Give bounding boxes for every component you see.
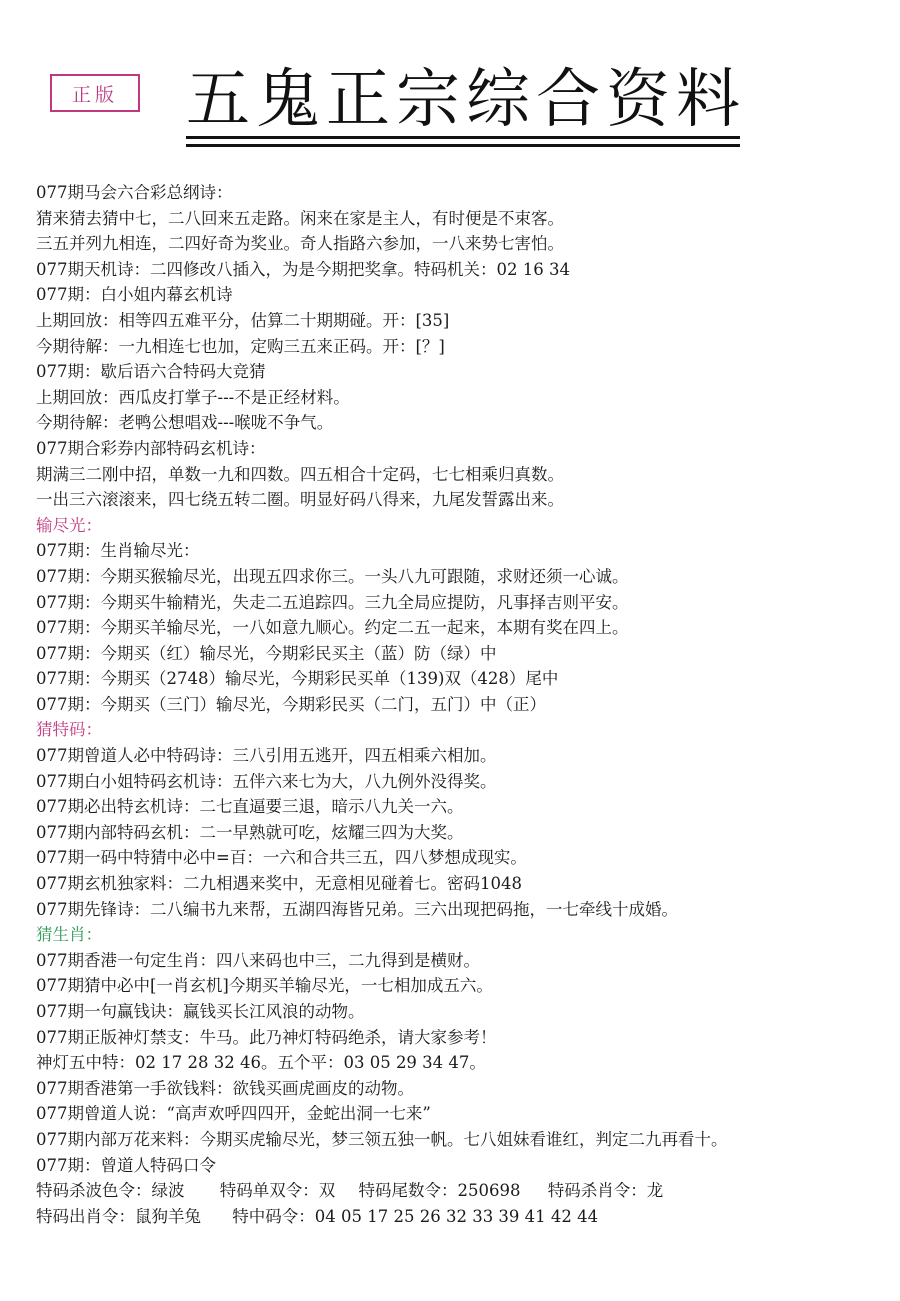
text-line: 077期：曾道人特码口令 <box>36 1153 886 1179</box>
text-line: 077期一码中特猜中必中=百：一六和合共三五，四八梦想成现实。 <box>36 845 886 871</box>
text-line: 上期回放：相等四五难平分，估算二十期期碰。开：[35] <box>36 308 886 334</box>
text-line: 077期香港第一手欲钱料：欲钱买画虎画皮的动物。 <box>36 1076 886 1102</box>
text-line: 077期：生肖输尽光： <box>36 538 886 564</box>
text-line: 神灯五中特：02 17 28 32 46。五个平：03 05 29 34 47。 <box>36 1050 886 1076</box>
text-line: 077期：白小姐内幕玄机诗 <box>36 282 886 308</box>
text-line: 077期一句赢钱诀：赢钱买长江风浪的动物。 <box>36 999 886 1025</box>
text-line: 077期必出特玄机诗：二七直逼要三退，暗示八九关一六。 <box>36 794 886 820</box>
text-line: 077期先锋诗：二八编书九来帮，五湖四海皆兄弟。三六出现把码拖，一七牵线十成婚。 <box>36 897 886 923</box>
text-line: 077期曾道人说：“高声欢呼四四开，金蛇出洞一七来” <box>36 1101 886 1127</box>
text-line: 077期内部万花来料：今期买虎输尽光，梦三领五独一帆。七八姐妹看谁红，判定二九再… <box>36 1127 886 1153</box>
text-line: 077期：今期买羊输尽光，一八如意九顺心。约定二五一起来，本期有奖在四上。 <box>36 615 886 641</box>
text-line: 期满三二刚中招，单数一九和四数。四五相合十定码，七七相乘归真数。 <box>36 462 886 488</box>
text-line: 077期：今期买（三门）输尽光，今期彩民买（二门，五门）中（正） <box>36 692 886 718</box>
text-line: 今期待解：老鸭公想唱戏---喉咙不争气。 <box>36 410 886 436</box>
poem-heading: 077期马会六合彩总纲诗： <box>36 180 886 206</box>
command-wave-color: 特码杀波色令：绿波 <box>36 1181 185 1200</box>
text-line: 077期：今期买猴输尽光，出现五四求你三。一头八九可跟随，求财还须一心诚。 <box>36 564 886 590</box>
text-line: 今期待解：一九相连七也加，定购三五来正码。开：[？] <box>36 334 886 360</box>
text-line: 077期：今期买（2748）输尽光，今期彩民买单（139)双（428）尾中 <box>36 666 886 692</box>
text-line: 077期内部特码玄机：二一早熟就可吃，炫耀三四为大奖。 <box>36 820 886 846</box>
text-line: 077期白小姐特码玄机诗：五伴六来七为大，八九例外没得奖。 <box>36 769 886 795</box>
text-line: 077期天机诗：二四修改八插入，为是今期把奖拿。特码机关：02 16 34 <box>36 257 886 283</box>
document-body: 077期马会六合彩总纲诗： 猜来猜去猜中七，二八回来五走路。闲来在家是主人，有时… <box>36 180 886 1229</box>
text-line: 077期：今期买牛输精光，失走二五追踪四。三九全局应提防，凡事择吉则平安。 <box>36 590 886 616</box>
text-line: 上期回放：西瓜皮打掌子---不是正经材料。 <box>36 385 886 411</box>
command-kill-zodiac: 特码杀肖令：龙 <box>548 1181 664 1200</box>
section-heading-lose: 输尽光： <box>36 513 886 539</box>
text-line: 猜来猜去猜中七，二八回来五走路。闲来在家是主人，有时便是不束客。 <box>36 206 886 232</box>
text-line: 077期：今期买（红）输尽光，今期彩民买主（蓝）防（绿）中 <box>36 641 886 667</box>
text-line: 077期正版神灯禁支：牛马。此乃神灯特码绝杀，请大家参考！ <box>36 1025 886 1051</box>
command-row: 特码杀波色令：绿波 特码单双令：双 特码尾数令：250698 特码杀肖令：龙 <box>36 1178 886 1204</box>
text-line: 077期曾道人必中特码诗：三八引用五逃开，四五相乘六相加。 <box>36 743 886 769</box>
title-underline-bottom <box>186 144 740 147</box>
page-title: 五鬼正宗综合资料 <box>186 60 746 140</box>
text-line: 三五并列九相连，二四好奇为奖业。奇人指路六参加，一八来势七害怕。 <box>36 231 886 257</box>
text-line: 一出三六滚滚来，四七绕五转二圈。明显好码八得来，九尾发誓露出来。 <box>36 487 886 513</box>
command-row: 特码出肖令：鼠狗羊兔 特中码令：04 05 17 25 26 32 33 39 … <box>36 1204 886 1230</box>
official-edition-badge: 正版 <box>50 74 140 112</box>
command-out-zodiac: 特码出肖令：鼠狗羊兔 <box>36 1207 201 1226</box>
section-heading-zodiac: 猜生肖： <box>36 922 886 948</box>
text-line: 077期：歇后语六合特码大竞猜 <box>36 359 886 385</box>
section-heading-special: 猜特码： <box>36 717 886 743</box>
command-odd-even: 特码单双令：双 <box>220 1181 336 1200</box>
command-tail-number: 特码尾数令：250698 <box>359 1181 521 1200</box>
text-line: 077期玄机独家料：二九相遇来奖中，无意相见碰着七。密码1048 <box>36 871 886 897</box>
title-underline-top <box>186 136 740 139</box>
text-line: 077期猜中必中[一肖玄机]今期买羊输尽光，一七相加成五六。 <box>36 973 886 999</box>
text-line: 077期香港一句定生肖：四八来码也中三，二九得到是横财。 <box>36 948 886 974</box>
text-line: 077期合彩券内部特码玄机诗： <box>36 436 886 462</box>
command-hit-numbers: 特中码令：04 05 17 25 26 32 33 39 41 42 44 <box>232 1207 598 1226</box>
